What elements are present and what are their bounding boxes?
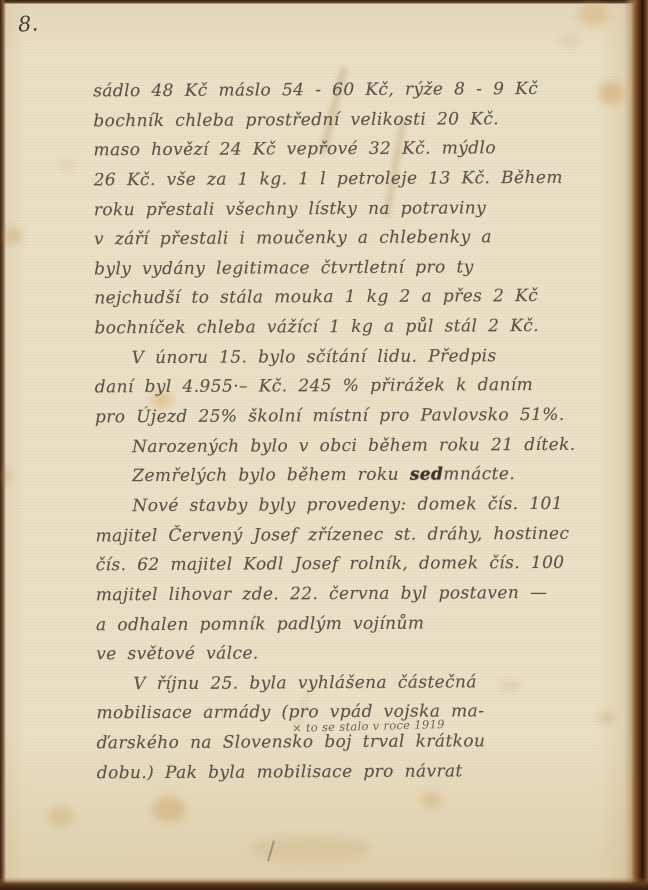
stain: [560, 34, 580, 48]
handwritten-line: maso hovězí 24 Kč vepřové 32 Kč. mýdlo: [58, 134, 630, 167]
handwritten-line: daní byl 4.955·– Kč. 245 % přirážek k da…: [60, 371, 632, 404]
handwritten-text-block: sádlo 48 Kč máslo 54 - 60 Kč, rýže 8 - 9…: [58, 75, 634, 789]
handwritten-line: Nové stavby byly provedeny: domek čís. 1…: [60, 489, 632, 522]
handwritten-line: byly vydány legitimace čtvrtletní pro ty: [59, 252, 631, 285]
stain: [420, 792, 442, 808]
handwritten-line: nejchudší to stála mouka 1 kg 2 a přes 2…: [59, 282, 631, 315]
handwritten-line: roku přestali všechny lístky na potravin…: [59, 193, 631, 226]
stain: [48, 806, 74, 826]
book-edge-top: [0, 0, 648, 4]
handwritten-line: Zemřelých bylo během roku sedmnácte.: [60, 460, 632, 493]
handwritten-line: ve světové válce.: [61, 638, 633, 671]
handwritten-line: v září přestali i moučenky a chlebenky a: [59, 223, 631, 256]
stain: [4, 228, 22, 244]
overwritten-word: sed: [410, 465, 444, 485]
handwritten-line: majitel Červený Josef zřízenec st. dráhy…: [60, 519, 632, 552]
stain: [578, 2, 608, 26]
handwritten-line: 26 Kč. vše za 1 kg. 1 l petroleje 13 Kč.…: [59, 163, 631, 196]
handwritten-line: pro Újezd 25% školní místní pro Pavlovsk…: [60, 401, 632, 434]
page-number: 8.: [17, 11, 39, 36]
handwritten-line: Narozených bylo v obci během roku 21 dít…: [60, 430, 632, 463]
stain: [152, 796, 186, 822]
handwritten-line: V říjnu 25. byla vyhlášena částečná: [61, 667, 633, 700]
handwritten-line: V únoru 15. bylo sčítání lidu. Předpis: [60, 341, 632, 374]
line-text: Zemřelých bylo během roku: [132, 465, 410, 486]
book-edge-bottom: [0, 877, 648, 890]
handwritten-line: dobu.) Pak byla mobilisace pro návrat: [62, 756, 634, 789]
book-edge-left: [0, 0, 6, 890]
handwritten-line: sádlo 48 Kč máslo 54 - 60 Kč, rýže 8 - 9…: [58, 75, 630, 108]
handwritten-line: čís. 62 majitel Kodl Josef rolník, domek…: [61, 549, 633, 582]
handwritten-line: bochník chleba prostřední velikosti 20 K…: [58, 104, 630, 137]
line-text: mnácte.: [443, 464, 515, 484]
pencil-mark: [267, 840, 275, 862]
handwritten-line: bochníček chleba vážící 1 kg a půl stál …: [59, 312, 631, 345]
handwritten-line: a odhalen pomník padlým vojínům: [61, 608, 633, 641]
handwritten-line: majitel lihovar zde. 22. června byl post…: [61, 578, 633, 611]
scanned-manuscript-page: 8. sádlo 48 Kč máslo 54 - 60 Kč, rýže 8 …: [0, 0, 648, 890]
